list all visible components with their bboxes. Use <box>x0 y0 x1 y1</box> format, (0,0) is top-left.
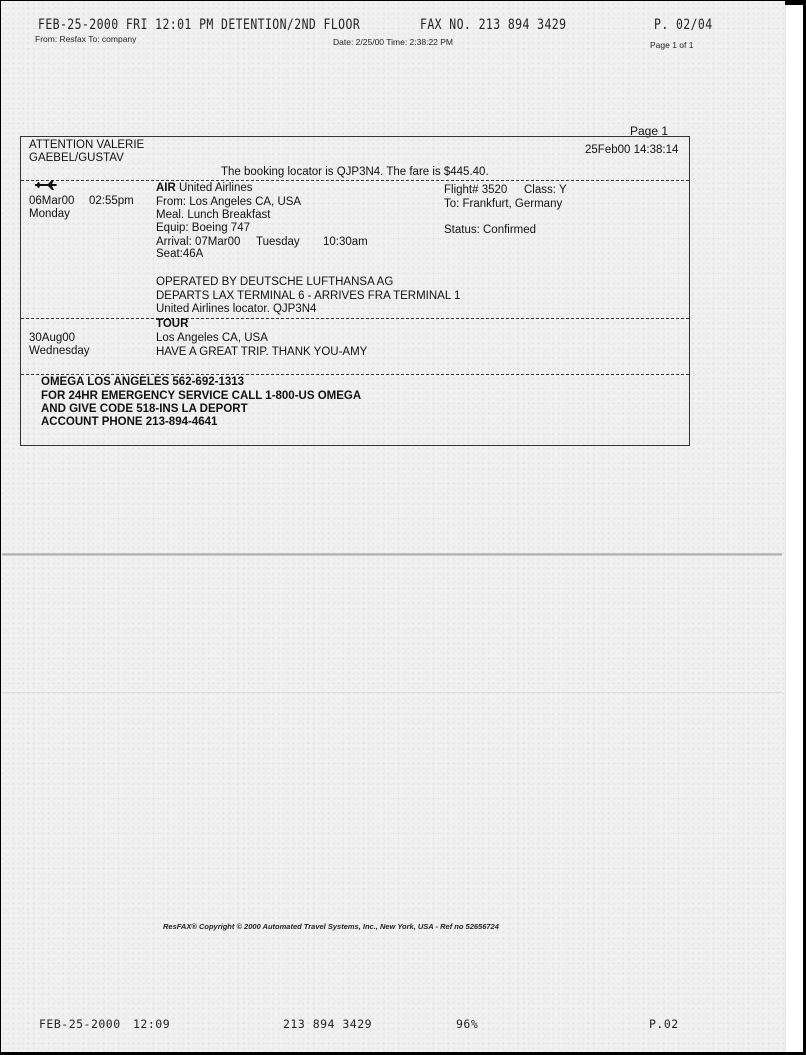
air-type-carrier: AIR United Airlines <box>156 182 253 194</box>
air-equipment: Equip: Boeing 747 <box>156 222 250 234</box>
fax-from-to: From: Resfax To: company <box>35 34 136 44</box>
paper-fold-line <box>2 553 782 556</box>
fax-footer-page: P.02 <box>649 1017 679 1031</box>
fax-footer-time: 12:09 <box>133 1017 170 1031</box>
tour-type: TOUR <box>156 318 188 330</box>
air-date: 06Mar00 <box>29 195 74 207</box>
agency-line-2: FOR 24HR EMERGENCY SERVICE CALL 1-800-US… <box>41 390 361 403</box>
air-seat: Seat:46A <box>156 248 203 260</box>
itinerary-timestamp: 25Feb00 14:38:14 <box>585 144 678 156</box>
air-arrival-time: 10:30am <box>323 236 368 248</box>
section-divider <box>21 318 689 319</box>
section-divider <box>21 180 689 181</box>
air-meal: Meal. Lunch Breakfast <box>156 209 270 221</box>
air-flight-number: Flight# 3520 <box>444 184 507 196</box>
attention-line-1: ATTENTION VALERIE <box>29 139 144 151</box>
air-to: To: Frankfurt, Germany <box>444 198 562 210</box>
section-divider <box>21 374 689 375</box>
airplane-icon <box>34 180 58 190</box>
tour-location: Los Angeles CA, USA <box>156 332 268 344</box>
agency-line-3: AND GIVE CODE 518-INS LA DEPORT <box>41 403 248 416</box>
air-weekday: Monday <box>29 208 70 220</box>
segment-type: AIR <box>156 182 176 194</box>
fax-footer-quality: 96% <box>456 1017 478 1031</box>
fax-footer-number: 213 894 3429 <box>283 1017 372 1031</box>
fax-number: FAX NO. 213 894 3429 <box>420 17 566 33</box>
fax-footer-date: FEB-25-2000 <box>39 1017 121 1031</box>
booking-summary: The booking locator is QJP3N4. The fare … <box>221 166 489 178</box>
attention-line-2: GAEBEL/GUSTAV <box>29 152 124 164</box>
air-status: Status: Confirmed <box>444 224 536 236</box>
tour-note: HAVE A GREAT TRIP. THANK YOU-AMY <box>156 346 367 358</box>
fax-page-of: Page 1 of 1 <box>650 40 693 50</box>
fax-page-count: P. 02/04 <box>654 17 713 33</box>
tour-weekday: Wednesday <box>29 345 90 357</box>
paper-crease <box>2 692 782 693</box>
agency-line-4: ACCOUNT PHONE 213-894-4641 <box>41 416 217 429</box>
air-arrival: Arrival: 07Mar00 <box>156 236 240 248</box>
tour-date: 30Aug00 <box>29 332 75 344</box>
air-time: 02:55pm <box>89 195 134 207</box>
air-remark-3: United Airlines locator. QJP3N4 <box>156 303 316 315</box>
itinerary-box: ATTENTION VALERIE GAEBEL/GUSTAV 25Feb00 … <box>20 136 690 446</box>
agency-line-1: OMEGA LOS ANGELES 562-692-1313 <box>41 376 244 389</box>
air-arrival-day: Tuesday <box>256 236 300 248</box>
air-remark-2: DEPARTS LAX TERMINAL 6 - ARRIVES FRA TER… <box>156 290 460 302</box>
air-remark-1: OPERATED BY DEUTSCHE LUFTHANSA AG <box>156 276 393 288</box>
air-from: From: Los Angeles CA, USA <box>156 196 301 208</box>
scan-edge-top <box>785 0 806 5</box>
air-class: Class: Y <box>524 184 567 196</box>
carrier: United Airlines <box>179 182 253 194</box>
copyright-notice: ResFAX® Copyright © 2000 Automated Trave… <box>163 922 499 931</box>
fax-header-line: FEB-25-2000 FRI 12:01 PM DETENTION/2ND F… <box>38 17 360 33</box>
fax-date-time: Date: 2/25/00 Time: 2:38:22 PM <box>333 37 453 47</box>
